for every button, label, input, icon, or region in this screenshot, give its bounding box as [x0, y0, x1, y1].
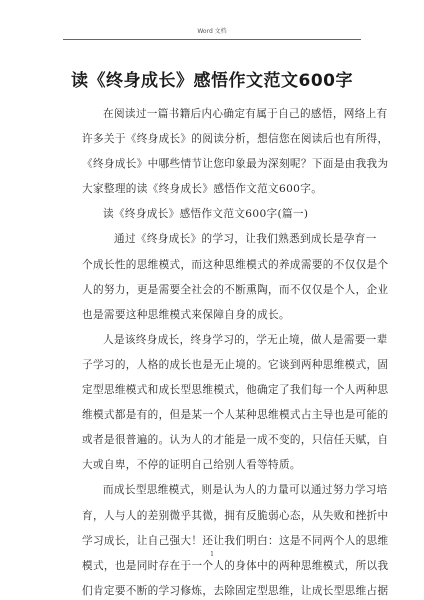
body-line: 大或自卑，不停的证明自己给别人看等特质。 [82, 453, 344, 478]
page-number: 1 [0, 551, 424, 558]
body-line: 维模式都是有的，但是某一个人某种思维模式占主导也是可能的 [82, 403, 344, 428]
header-divider [63, 39, 361, 40]
body-line: 定型思维模式和成长型思维模式，他确定了我们每一个人两种思 [82, 378, 344, 403]
body-line: 而成长型思维模式，则是认为人的力量可以通过努力学习培 [82, 478, 344, 503]
body-line: 也是需要这种思维模式来保障自身的成长。 [82, 303, 344, 328]
document-body: 在阅读过一篇书籍后内心确定有属于自己的感悟，网络上有 许多关于《终身成长》的阅读… [82, 102, 344, 600]
section-heading: 读《终身成长》感悟作文范文600字(篇一) [82, 202, 344, 227]
page-header: Word 文档 [63, 26, 361, 35]
body-line: 们肯定要不断的学习修炼，去除固定型思维，让成长型思维占据 [82, 579, 344, 600]
body-line: 《终身成长》中哪些情节让您印象最为深刻呢？下面是由我我为 [82, 152, 344, 177]
body-line: 或者是很普遍的。认为人的才能是一成不变的，只信任天赋，自 [82, 428, 344, 453]
body-line: 子学习的，人格的成长也是无止境的。它谈到两种思维模式，固 [82, 353, 344, 378]
body-line: 个成长性的思维模式，而这种思维模式的养成需要的不仅仅是个 [82, 253, 344, 278]
body-line: 人是该终身成长，终身学习的，学无止境，做人是需要一辈 [82, 328, 344, 353]
body-line: 许多关于《终身成长》的阅读分析，想信您在阅读后也有所得， [82, 127, 344, 152]
body-line: 人的努力，更是需要全社会的不断熏陶，而不仅仅是个人，企业 [82, 278, 344, 303]
body-line: 在阅读过一篇书籍后内心确定有属于自己的感悟，网络上有 [82, 102, 344, 127]
body-line: 通过《终身成长》的学习，让我们熟悉到成长是孕育一 [82, 227, 344, 252]
body-line: 育，人与人的差别微乎其微，拥有反脆弱心态，从失败和挫折中 [82, 504, 344, 529]
body-line: 大家整理的读《终身成长》感悟作文范文600字。 [82, 177, 344, 202]
document-title: 读《终身成长》感悟作文范文600字 [0, 66, 424, 91]
body-line: 学习成长，让自己强大！还让我们明白：这是不同两个人的思维 [82, 529, 344, 554]
